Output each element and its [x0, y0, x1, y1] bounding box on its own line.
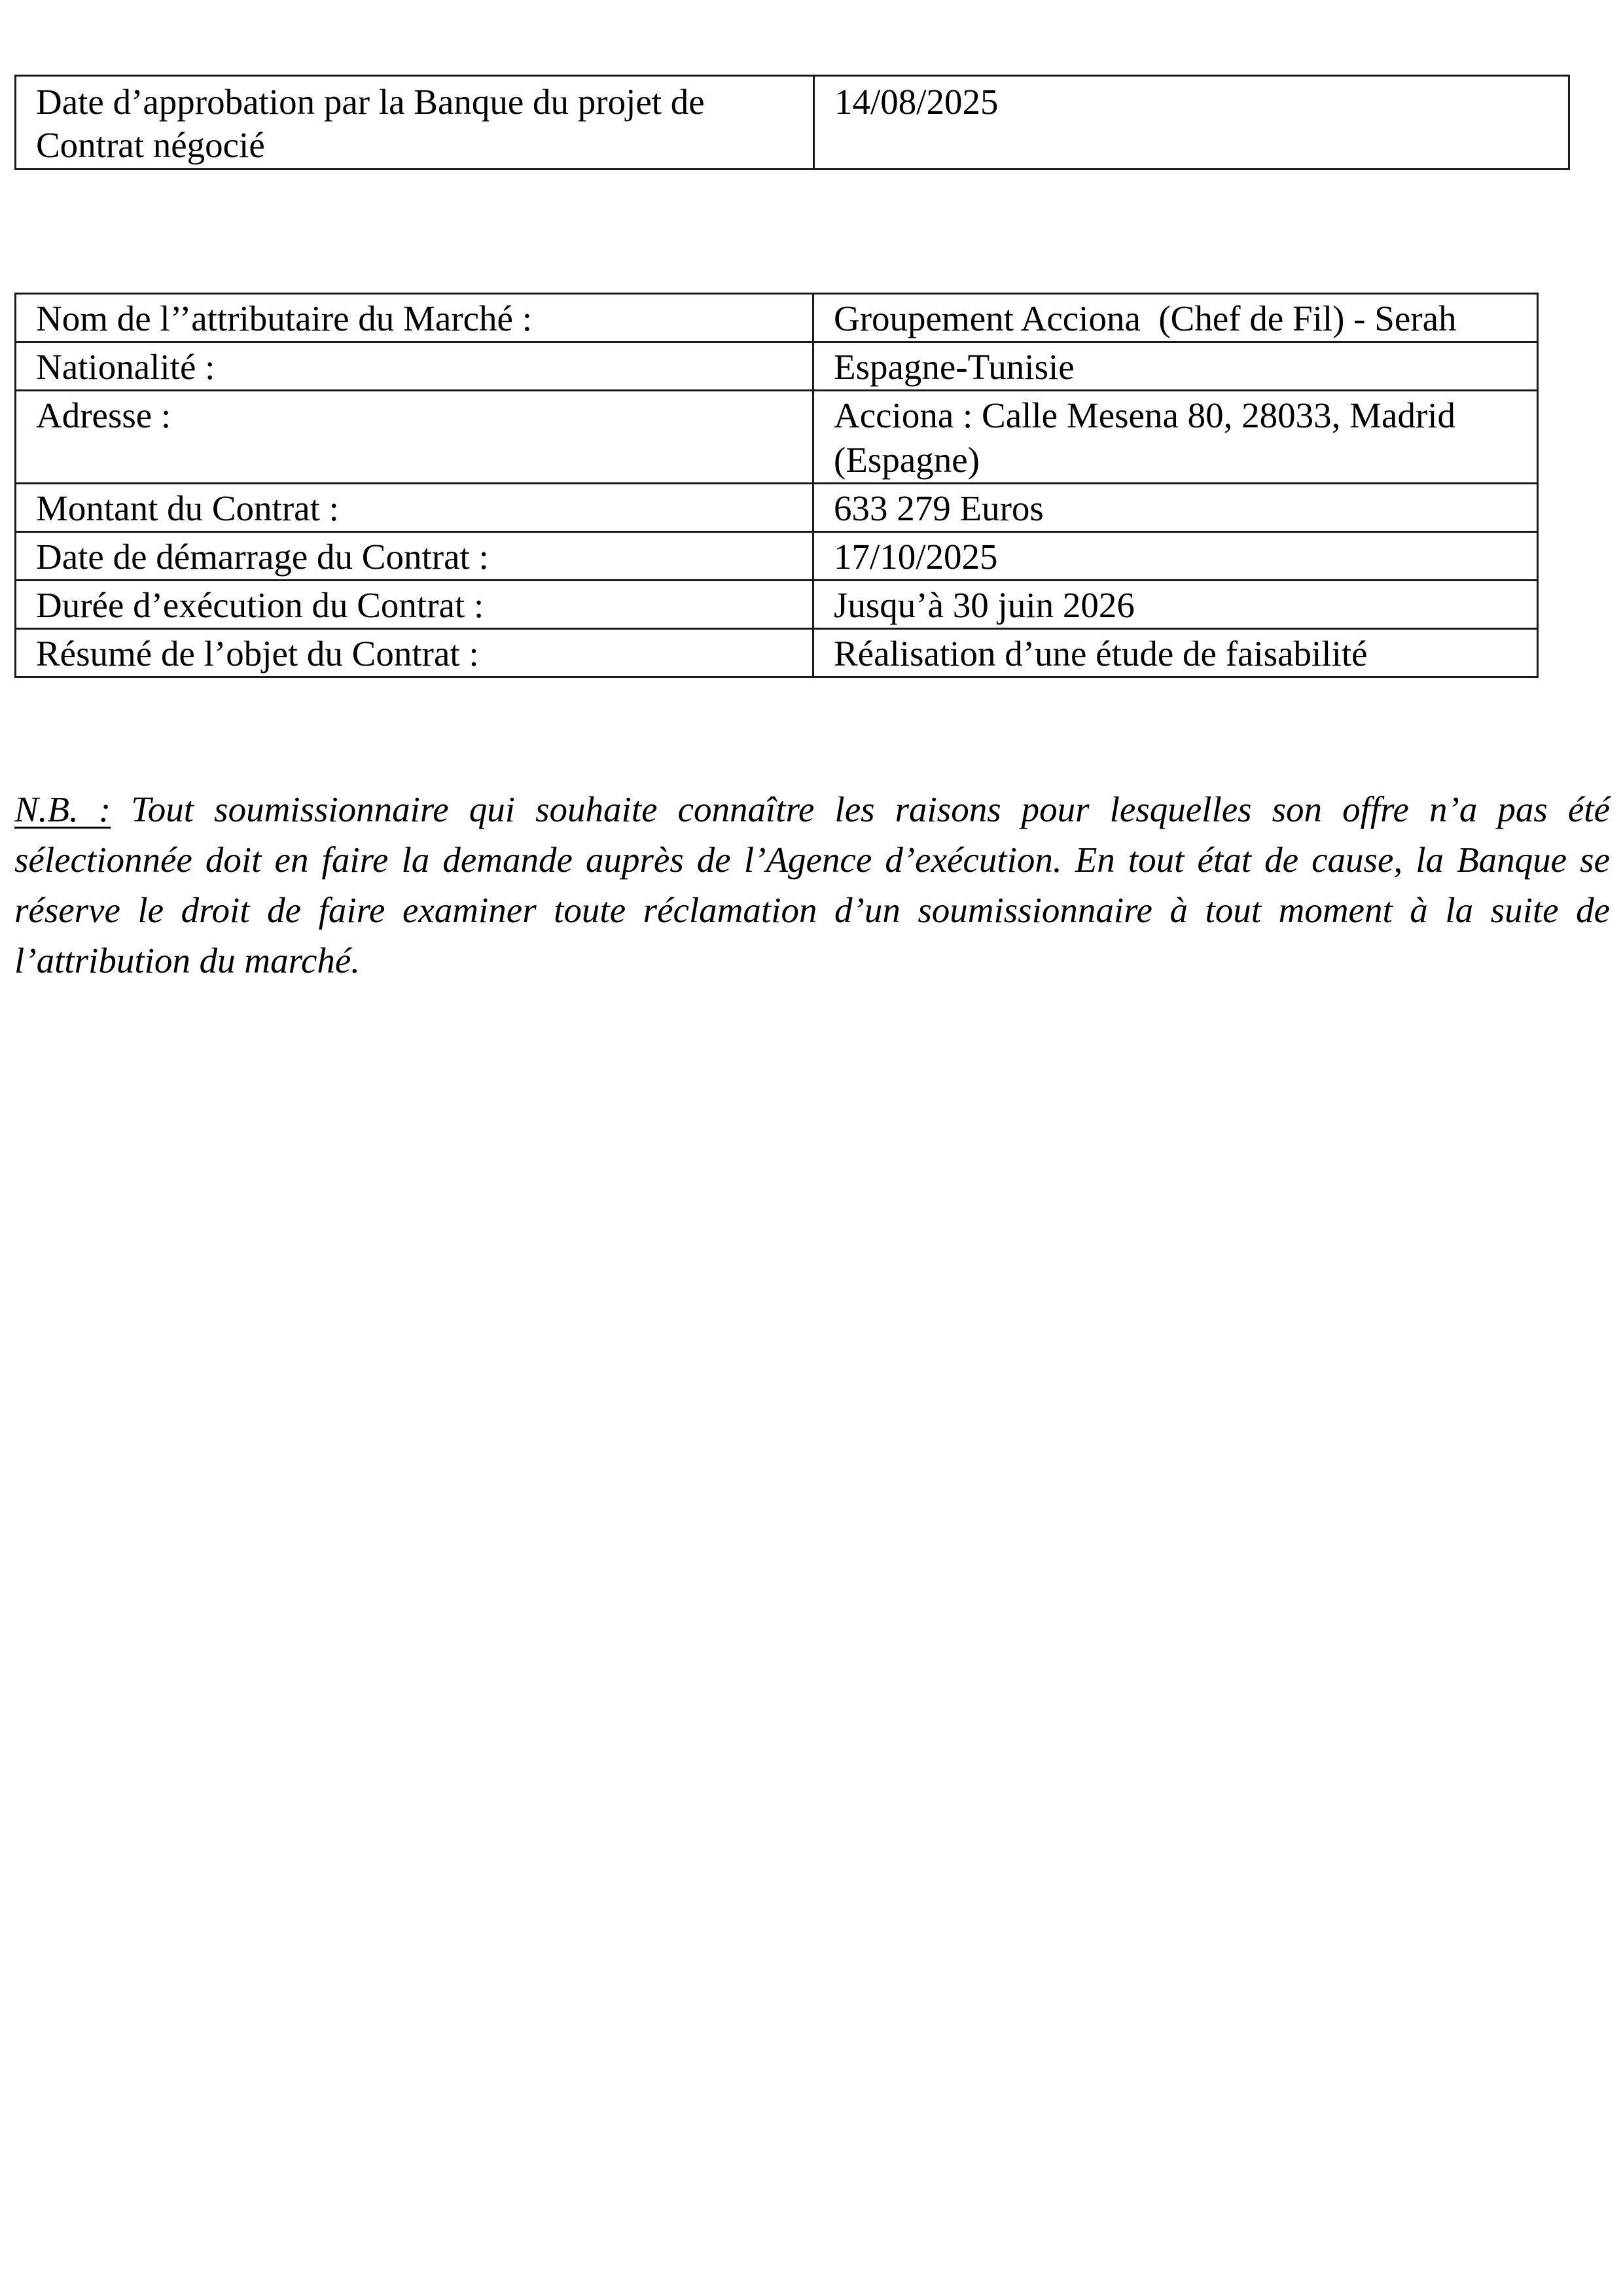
table-row: Durée d’exécution du Contrat : Jusqu’à 3…: [16, 581, 1538, 629]
duration-label: Durée d’exécution du Contrat :: [16, 581, 813, 629]
contract-summary-label: Résumé de l’objet du Contrat :: [16, 629, 813, 677]
table-row: Montant du Contrat : 633 279 Euros: [16, 484, 1538, 532]
table-row: Date de démarrage du Contrat : 17/10/202…: [16, 532, 1538, 581]
table-row: Adresse : Acciona : Calle Mesena 80, 280…: [16, 391, 1538, 484]
address-value: Acciona : Calle Mesena 80, 28033, Madrid…: [813, 391, 1538, 484]
approval-date-label: Date d’approbation par la Banque du proj…: [16, 76, 814, 170]
awardee-name-label: Nom de l’’attributaire du Marché :: [16, 294, 813, 342]
contract-amount-value: 633 279 Euros: [813, 484, 1538, 532]
table-row: Nationalité : Espagne-Tunisie: [16, 342, 1538, 391]
approval-date-value: 14/08/2025: [814, 76, 1569, 170]
contract-amount-label: Montant du Contrat :: [16, 484, 813, 532]
contract-summary-value: Réalisation d’une étude de faisabilité: [813, 629, 1538, 677]
nb-note: N.B. : Tout soumissionnaire qui souhaite…: [14, 784, 1610, 986]
nb-label: N.B. :: [14, 789, 111, 829]
nationality-value: Espagne-Tunisie: [813, 342, 1538, 391]
nationality-label: Nationalité :: [16, 342, 813, 391]
address-label: Adresse :: [16, 391, 813, 484]
start-date-value: 17/10/2025: [813, 532, 1538, 581]
nb-text: Tout soumissionnaire qui souhaite connaî…: [14, 789, 1610, 980]
contract-award-table: Nom de l’’attributaire du Marché : Group…: [14, 293, 1539, 678]
approval-date-table: Date d’approbation par la Banque du proj…: [14, 75, 1570, 170]
start-date-label: Date de démarrage du Contrat :: [16, 532, 813, 581]
awardee-name-value: Groupement Acciona (Chef de Fil) - Serah: [813, 294, 1538, 342]
table-row: Nom de l’’attributaire du Marché : Group…: [16, 294, 1538, 342]
table-row: Résumé de l’objet du Contrat : Réalisati…: [16, 629, 1538, 677]
table-row: Date d’approbation par la Banque du proj…: [16, 76, 1569, 170]
duration-value: Jusqu’à 30 juin 2026: [813, 581, 1538, 629]
